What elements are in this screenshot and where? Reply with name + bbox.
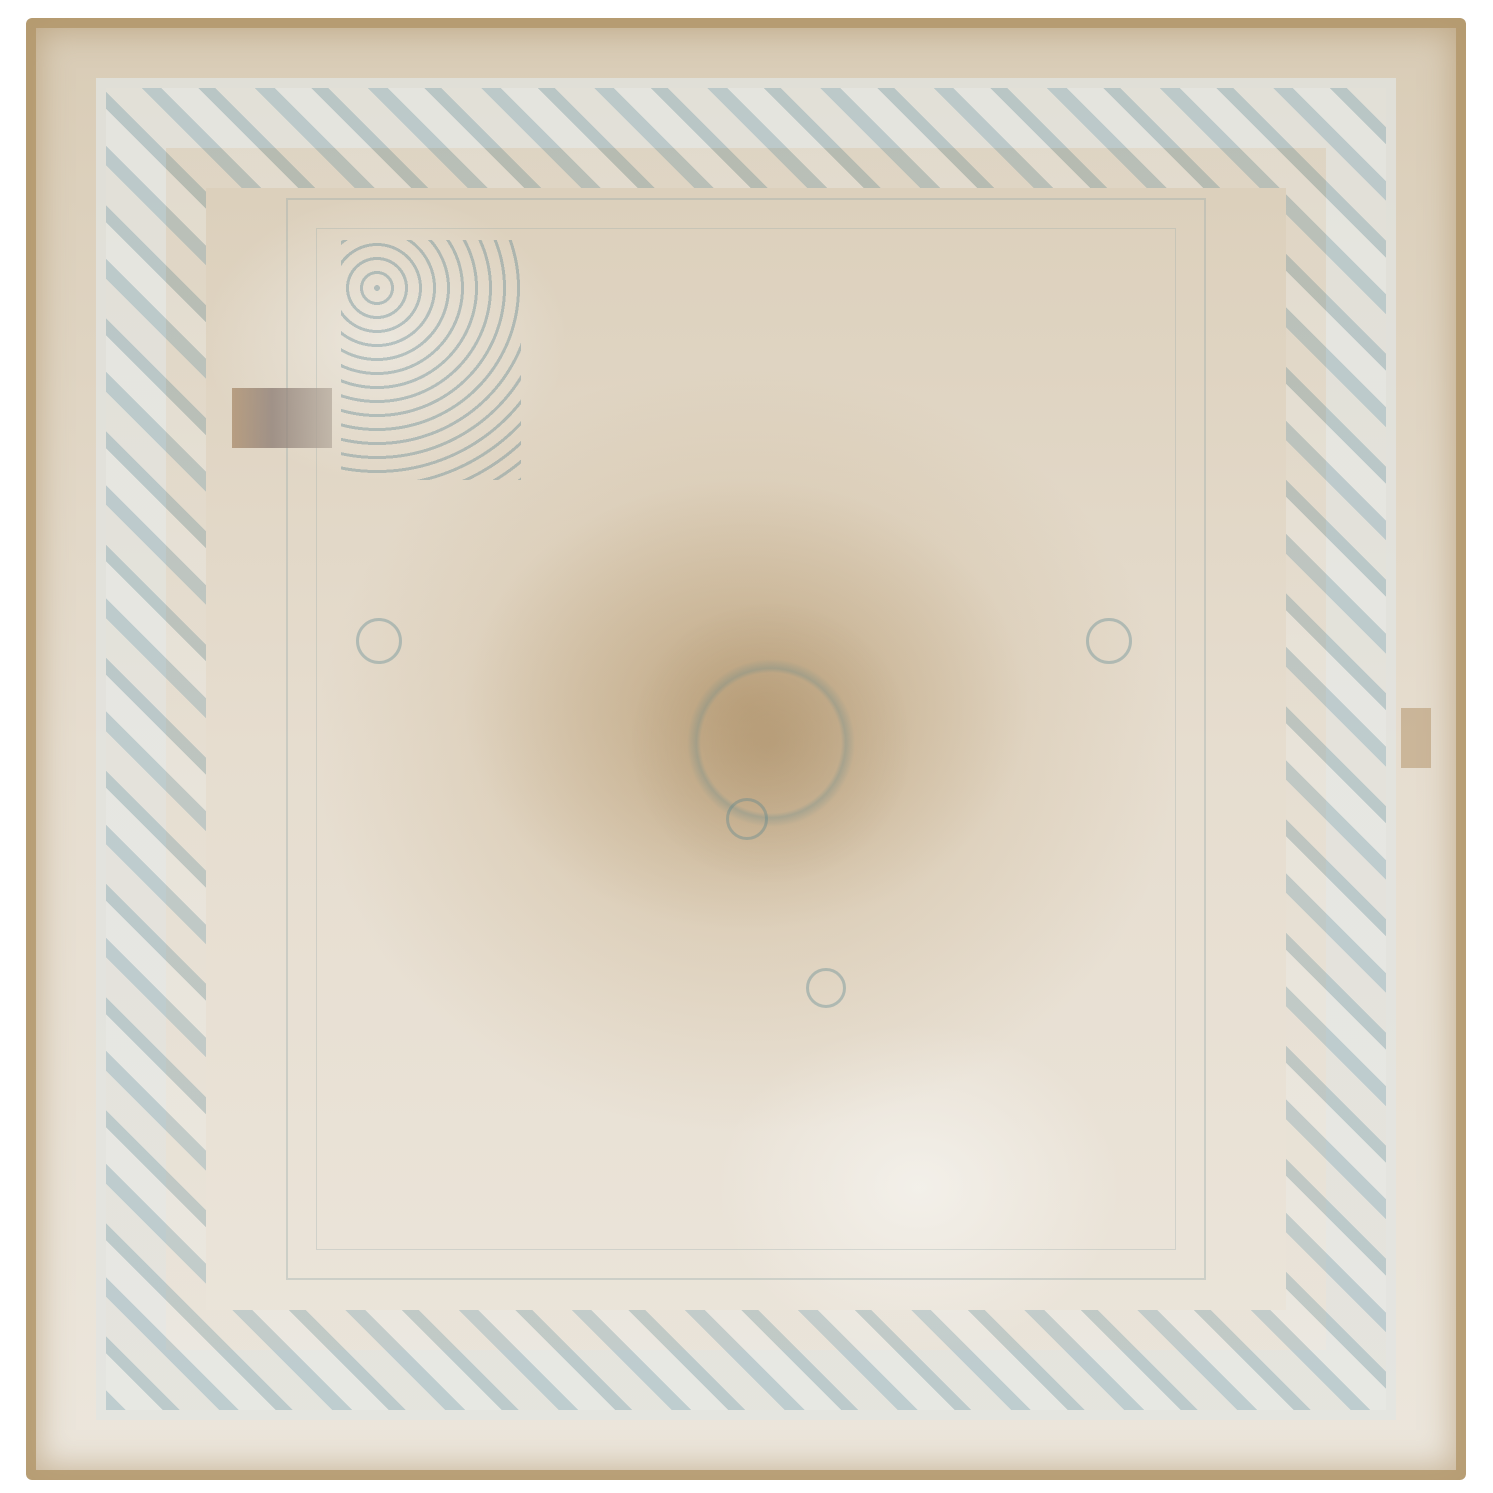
rug xyxy=(26,18,1466,1480)
floral-motif-icon xyxy=(356,618,402,664)
floral-motif-icon xyxy=(1086,618,1132,664)
floral-motif-icon xyxy=(806,968,846,1008)
rug-wear-stain xyxy=(1401,708,1431,768)
rug-repair-patch xyxy=(232,388,332,448)
floral-motif-icon xyxy=(726,798,768,840)
rug-corner-spandrel xyxy=(341,240,521,480)
